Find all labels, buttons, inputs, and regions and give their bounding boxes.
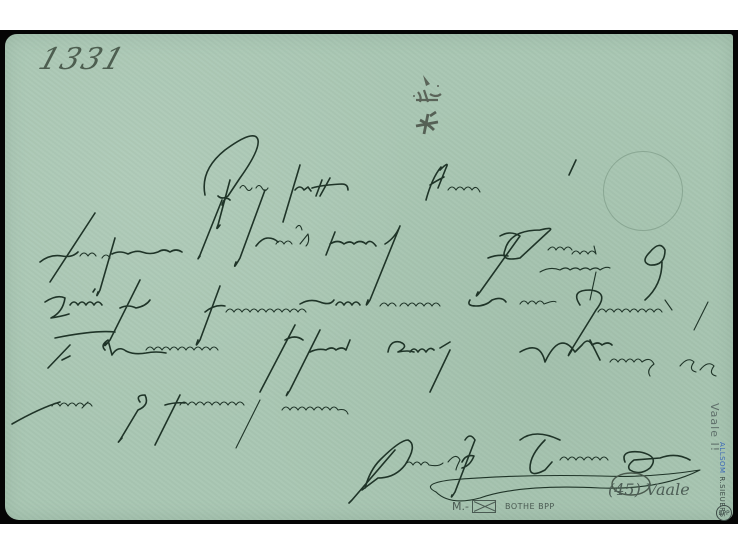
expert-stamp-blue-text: ALLSOM	[718, 442, 726, 474]
expert-seal-icon: BPP	[716, 505, 732, 521]
pencil-note-vaale: (45) Vaale	[608, 480, 690, 499]
dealer-mark: M.- BOTHE BPP	[452, 500, 555, 513]
handwriting-strokes	[0, 0, 740, 557]
crossed-box-icon	[472, 500, 496, 513]
line1-script	[40, 190, 665, 305]
salutation-script	[204, 136, 576, 229]
dealer-mark-text: M.-	[452, 500, 469, 513]
bothe-expert-stamp: BOTHE BPP	[505, 502, 555, 511]
line4-script	[12, 395, 348, 448]
line2-script	[45, 280, 708, 356]
excellenz-insertion	[540, 267, 610, 300]
line3-script	[48, 325, 716, 396]
